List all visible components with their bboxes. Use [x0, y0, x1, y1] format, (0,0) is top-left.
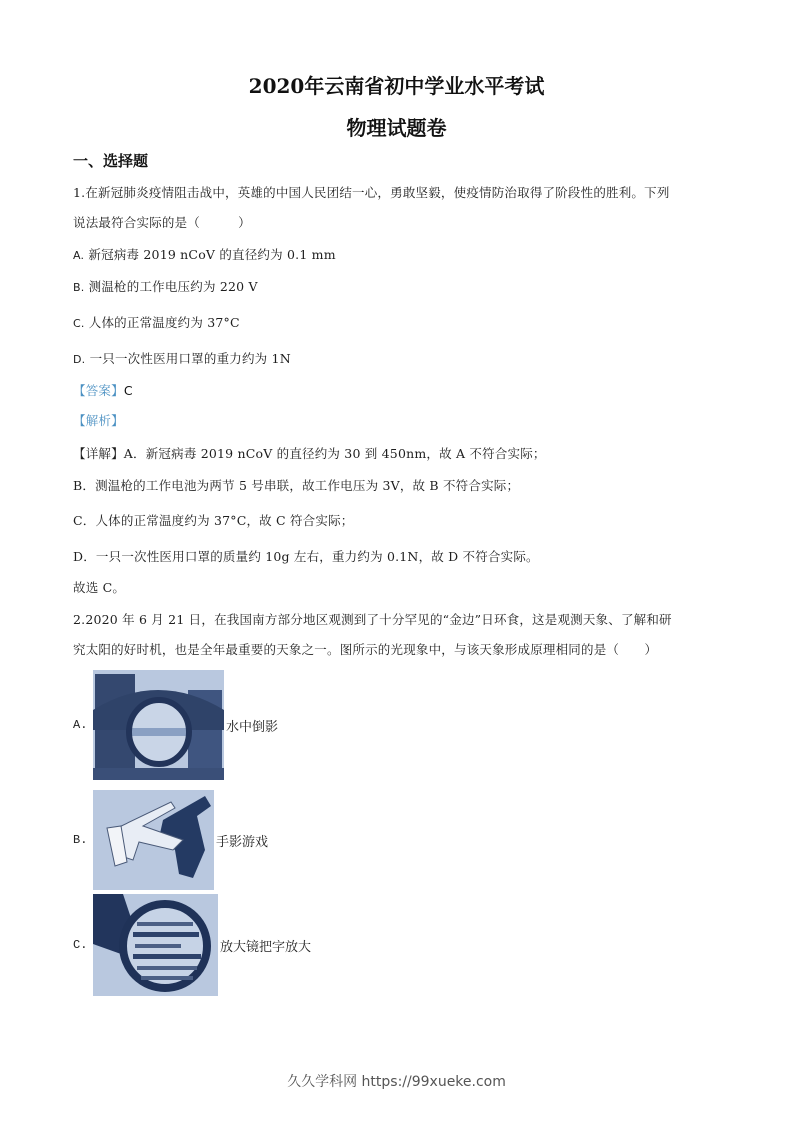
q2-stem-line1: 2.2020 年 6 月 21 日，在我国南方部分地区观测到了十分罕见的“金边”…: [73, 610, 672, 628]
option-caption: 放大镜把字放大: [220, 936, 311, 955]
option-caption: 水中倒影: [226, 716, 278, 735]
q2-option-a: A. 水中倒影: [73, 670, 278, 780]
option-text: 测温枪的工作电压约为 220 V: [89, 279, 258, 294]
footer-watermark: 久久学科网 https://99xueke.com: [0, 1071, 793, 1091]
hand-shadow-image: [93, 790, 214, 890]
q2-stem-line2: 究太阳的好时机，也是全年最重要的天象之一。图所示的光现象中，与该天象形成原理相同…: [73, 640, 657, 658]
exam-title: 2020年云南省初中学业水平考试: [0, 70, 793, 99]
q1-detail-line: C．人体的正常温度约为 37°C，故 C 符合实际；: [73, 511, 353, 529]
q1-stem-line1: 1.在新冠肺炎疫情阻击战中，英雄的中国人民团结一心，勇敢坚毅，使疫情防治取得了阶…: [73, 183, 670, 201]
q1-detail-line: D．一只一次性医用口罩的质量约 10g 左右，重力约为 0.1N，故 D 不符合…: [73, 547, 539, 565]
q1-detail-line: B．测温枪的工作电池为两节 5 号串联，故工作电压为 3V，故 B 不符合实际；: [73, 476, 519, 494]
answer-tag: 【答案】: [73, 383, 124, 398]
option-text: 新冠病毒 2019 nCoV 的直径约为 0.1 mm: [88, 247, 335, 262]
q1-answer: 【答案】C: [73, 381, 133, 399]
option-label: C.: [73, 938, 93, 952]
option-caption: 手影游戏: [216, 831, 268, 850]
q1-analysis: 【解析】: [73, 411, 124, 429]
q2-option-b: B. 手影游戏: [73, 790, 268, 890]
option-text: 一只一次性医用口罩的重力约为 1N: [90, 351, 291, 366]
q1-option-d: D. 一只一次性医用口罩的重力约为 1N: [73, 349, 291, 367]
section-heading: 一、选择题: [73, 150, 148, 171]
option-label: C.: [73, 317, 85, 330]
option-label: B.: [73, 833, 93, 847]
option-label: B.: [73, 281, 84, 294]
option-label: A.: [73, 718, 93, 732]
bridge-reflection-photo: [93, 670, 224, 780]
magnifier-photo: [93, 894, 218, 996]
q1-option-a: A. 新冠病毒 2019 nCoV 的直径约为 0.1 mm: [73, 245, 336, 263]
q1-option-b: B. 测温枪的工作电压约为 220 V: [73, 277, 258, 295]
analysis-tag: 【解析】: [73, 413, 124, 428]
q1-conclusion: 故选 C。: [73, 578, 125, 596]
exam-page: 2020年云南省初中学业水平考试 物理试题卷 一、选择题 1.在新冠肺炎疫情阻击…: [0, 0, 793, 1122]
q1-option-c: C. 人体的正常温度约为 37°C: [73, 313, 240, 331]
option-label: D.: [73, 353, 85, 366]
answer-value: C: [124, 383, 133, 398]
bridge-reflection-image: [93, 670, 224, 780]
magnifier-image: [93, 894, 218, 996]
q2-option-c: C. 放大镜把字放大: [73, 894, 311, 996]
q1-detail-line: 【详解】A．新冠病毒 2019 nCoV 的直径约为 30 到 450nm，故 …: [73, 444, 546, 462]
q1-stem-line2: 说法最符合实际的是（ ）: [73, 213, 251, 231]
option-text: 人体的正常温度约为 37°C: [89, 315, 240, 330]
hand-shadow-photo: [93, 790, 214, 890]
option-label: A.: [73, 249, 84, 262]
exam-subtitle: 物理试题卷: [0, 112, 793, 141]
